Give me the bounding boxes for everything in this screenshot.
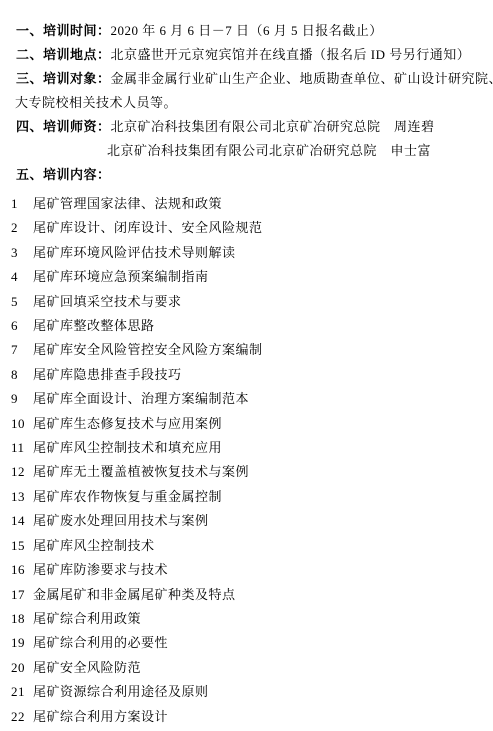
- item-text: 金属尾矿和非金属尾矿种类及特点: [33, 587, 236, 602]
- item-number: 4: [11, 265, 33, 289]
- item-number: 3: [11, 241, 33, 265]
- item-text: 尾矿综合利用政策: [33, 611, 141, 626]
- list-item: 7尾矿库安全风险管控安全风险方案编制: [11, 338, 487, 362]
- item-text: 尾矿库风尘控制技术: [33, 538, 155, 553]
- section-audience-label: 三、培训对象：: [16, 71, 111, 86]
- item-number: 7: [11, 338, 33, 362]
- training-notice-document: 一、培训时间：2020 年 6 月 6 日－7 日（6 月 5 日报名截止） 二…: [0, 0, 493, 729]
- list-item: 4尾矿库环境应急预案编制指南: [11, 265, 487, 289]
- list-item: 21尾矿资源综合利用途径及原则: [11, 680, 487, 704]
- item-number: 12: [11, 460, 33, 484]
- item-text: 尾矿废水处理回用技术与案例: [33, 513, 209, 528]
- item-text: 尾矿综合利用方案设计: [33, 709, 168, 724]
- list-item: 6尾矿库整改整体思路: [11, 314, 487, 338]
- item-text: 尾矿库防渗要求与技术: [33, 562, 168, 577]
- section-time-value: 2020 年 6 月 6 日－7 日（6 月 5 日报名截止）: [111, 23, 383, 38]
- list-item: 13尾矿库农作物恢复与重金属控制: [11, 485, 487, 509]
- section-faculty-line2: 北京矿冶科技集团有限公司北京矿冶研究总院 申士富: [11, 139, 487, 163]
- item-number: 13: [11, 485, 33, 509]
- item-number: 14: [11, 509, 33, 533]
- list-item: 12尾矿库无土覆盖植被恢复技术与案例: [11, 460, 487, 484]
- section-faculty-line1: 北京矿冶科技集团有限公司北京矿冶研究总院 周连碧: [111, 119, 435, 134]
- item-text: 尾矿回填采空技术与要求: [33, 294, 182, 309]
- section-audience-continuation: 大专院校相关技术人员等。: [11, 91, 487, 115]
- item-text: 尾矿库环境风险评估技术导则解读: [33, 245, 236, 260]
- section-faculty: 四、培训师资：北京矿冶科技集团有限公司北京矿冶研究总院 周连碧: [11, 115, 487, 139]
- item-number: 1: [11, 192, 33, 216]
- section-content-header-label: 五、培训内容：: [16, 167, 111, 182]
- section-audience: 三、培训对象：金属非金属行业矿山生产企业、地质勘查单位、矿山设计研究院、: [11, 67, 487, 91]
- item-text: 尾矿库风尘控制技术和填充应用: [33, 440, 222, 455]
- list-item: 9尾矿库全面设计、治理方案编制范本: [11, 387, 487, 411]
- item-number: 22: [11, 705, 33, 729]
- item-text: 尾矿管理国家法律、法规和政策: [33, 196, 222, 211]
- item-number: 15: [11, 534, 33, 558]
- item-text: 尾矿库全面设计、治理方案编制范本: [33, 391, 249, 406]
- item-number: 16: [11, 558, 33, 582]
- list-item: 2尾矿库设计、闭库设计、安全风险规范: [11, 216, 487, 240]
- list-item: 16尾矿库防渗要求与技术: [11, 558, 487, 582]
- list-item: 10尾矿库生态修复技术与应用案例: [11, 412, 487, 436]
- item-text: 尾矿库隐患排查手段技巧: [33, 367, 182, 382]
- item-text: 尾矿库安全风险管控安全风险方案编制: [33, 342, 263, 357]
- list-item: 18尾矿综合利用政策: [11, 607, 487, 631]
- item-text: 尾矿库设计、闭库设计、安全风险规范: [33, 220, 263, 235]
- item-text: 尾矿库生态修复技术与应用案例: [33, 416, 222, 431]
- section-location-label: 二、培训地点：: [16, 47, 111, 62]
- training-content-list: 1尾矿管理国家法律、法规和政策 2尾矿库设计、闭库设计、安全风险规范 3尾矿库环…: [11, 192, 487, 729]
- list-item: 5尾矿回填采空技术与要求: [11, 290, 487, 314]
- item-text: 尾矿库整改整体思路: [33, 318, 155, 333]
- item-number: 19: [11, 631, 33, 655]
- item-text: 尾矿综合利用的必要性: [33, 635, 168, 650]
- item-text: 尾矿安全风险防范: [33, 660, 141, 675]
- item-number: 21: [11, 680, 33, 704]
- item-text: 尾矿库农作物恢复与重金属控制: [33, 489, 222, 504]
- list-item: 3尾矿库环境风险评估技术导则解读: [11, 241, 487, 265]
- section-faculty-label: 四、培训师资：: [16, 119, 111, 134]
- section-audience-value: 金属非金属行业矿山生产企业、地质勘查单位、矿山设计研究院、: [111, 71, 493, 86]
- list-item: 14尾矿废水处理回用技术与案例: [11, 509, 487, 533]
- list-item: 17金属尾矿和非金属尾矿种类及特点: [11, 583, 487, 607]
- list-item: 11尾矿库风尘控制技术和填充应用: [11, 436, 487, 460]
- section-content-header: 五、培训内容：: [11, 163, 487, 187]
- item-number: 6: [11, 314, 33, 338]
- section-location: 二、培训地点：北京盛世开元京宛宾馆并在线直播（报名后 ID 号另行通知）: [11, 43, 487, 67]
- item-number: 20: [11, 656, 33, 680]
- item-number: 5: [11, 290, 33, 314]
- list-item: 8尾矿库隐患排查手段技巧: [11, 363, 487, 387]
- item-number: 2: [11, 216, 33, 240]
- section-location-value: 北京盛世开元京宛宾馆并在线直播（报名后 ID 号另行通知）: [111, 47, 471, 62]
- section-time: 一、培训时间：2020 年 6 月 6 日－7 日（6 月 5 日报名截止）: [11, 19, 487, 43]
- item-number: 18: [11, 607, 33, 631]
- section-time-label: 一、培训时间：: [16, 23, 111, 38]
- item-text: 尾矿库无土覆盖植被恢复技术与案例: [33, 464, 249, 479]
- list-item: 19尾矿综合利用的必要性: [11, 631, 487, 655]
- list-item: 1尾矿管理国家法律、法规和政策: [11, 192, 487, 216]
- list-item: 15尾矿库风尘控制技术: [11, 534, 487, 558]
- list-item: 20尾矿安全风险防范: [11, 656, 487, 680]
- item-number: 9: [11, 387, 33, 411]
- item-number: 11: [11, 436, 33, 460]
- item-text: 尾矿库环境应急预案编制指南: [33, 269, 209, 284]
- list-item: 22尾矿综合利用方案设计: [11, 705, 487, 729]
- item-number: 17: [11, 583, 33, 607]
- item-number: 10: [11, 412, 33, 436]
- item-number: 8: [11, 363, 33, 387]
- item-text: 尾矿资源综合利用途径及原则: [33, 684, 209, 699]
